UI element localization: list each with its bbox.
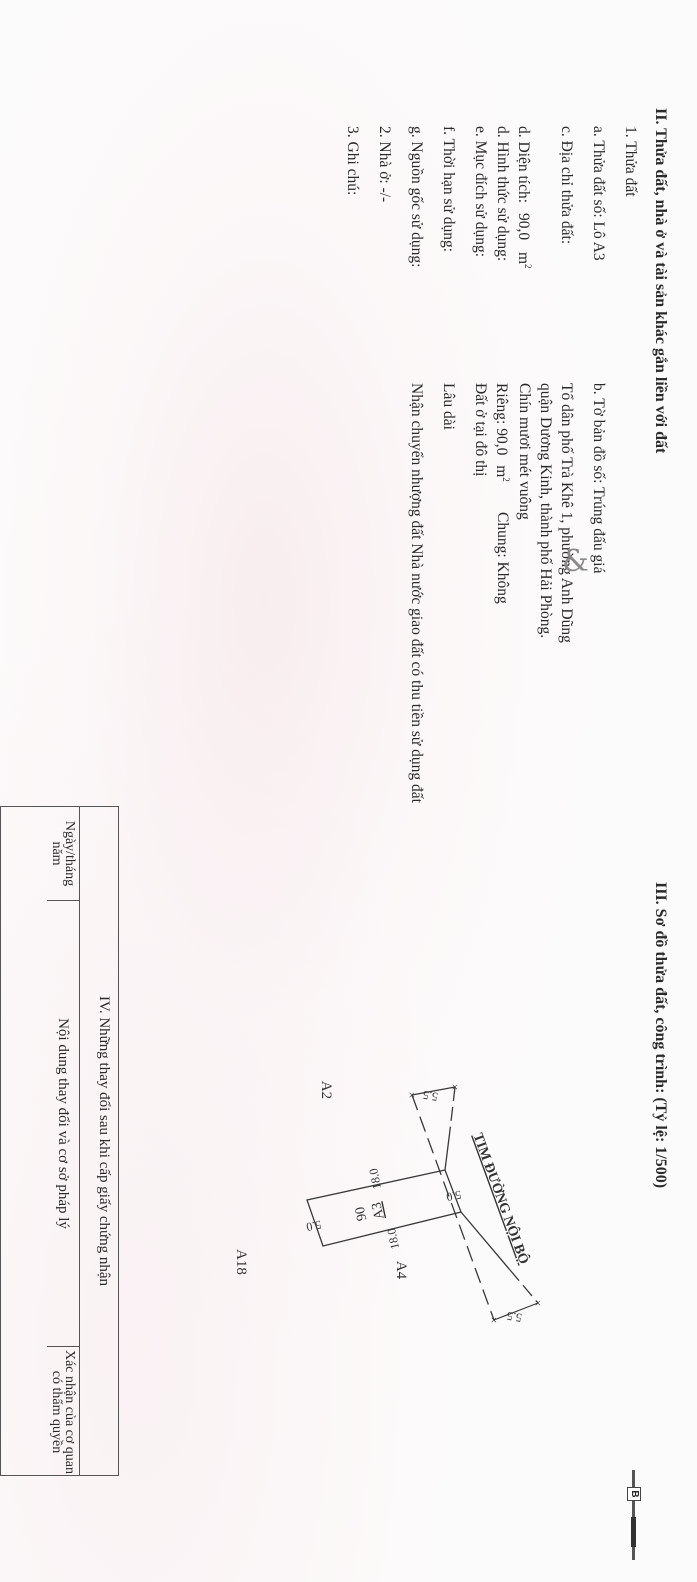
svg-text:18.0: 18.0	[366, 1167, 384, 1190]
col-confirmation: Xác nhận của cơ quan có thẩm quyền	[47, 1347, 79, 1477]
svg-text:18.0: 18.0	[384, 1227, 402, 1250]
north-arrow-head	[631, 1517, 636, 1547]
svg-text:×: ×	[531, 1300, 545, 1307]
changes-table-header: Ngày/tháng năm Nội dung thay đổi và cơ s…	[1, 807, 80, 1475]
svg-text:5.0: 5.0	[305, 1218, 323, 1235]
section-4-title: IV. Những thay đổi sau khi cấp giấy chứn…	[95, 807, 112, 1475]
svg-text:×: ×	[405, 1092, 419, 1099]
north-marker-label: B	[627, 1487, 641, 1501]
svg-text:90: 90	[353, 1205, 371, 1222]
svg-text:5.0: 5.0	[445, 1188, 463, 1205]
col-date: Ngày/tháng năm	[47, 807, 79, 901]
svg-text:A18: A18	[233, 1249, 249, 1275]
svg-text:TIM ĐƯỜNG NỘI BỘ: TIM ĐƯỜNG NỘI BỘ	[470, 1131, 533, 1267]
svg-text:5.5: 5.5	[506, 1309, 523, 1325]
svg-text:A2: A2	[318, 1081, 334, 1099]
svg-text:×: ×	[448, 1084, 462, 1091]
svg-text:A3: A3	[369, 1201, 387, 1221]
svg-text:5.5: 5.5	[422, 1088, 439, 1104]
changes-table: IV. Những thay đổi sau khi cấp giấy chứn…	[0, 806, 119, 1476]
svg-text:×: ×	[487, 1317, 501, 1324]
certificate-page: II. Thửa đất, nhà ở và tài sản khác gắn …	[0, 0, 697, 1582]
col-content: Nội dung thay đổi và cơ sở pháp lý	[47, 901, 79, 1347]
svg-text:A4: A4	[393, 1261, 409, 1280]
